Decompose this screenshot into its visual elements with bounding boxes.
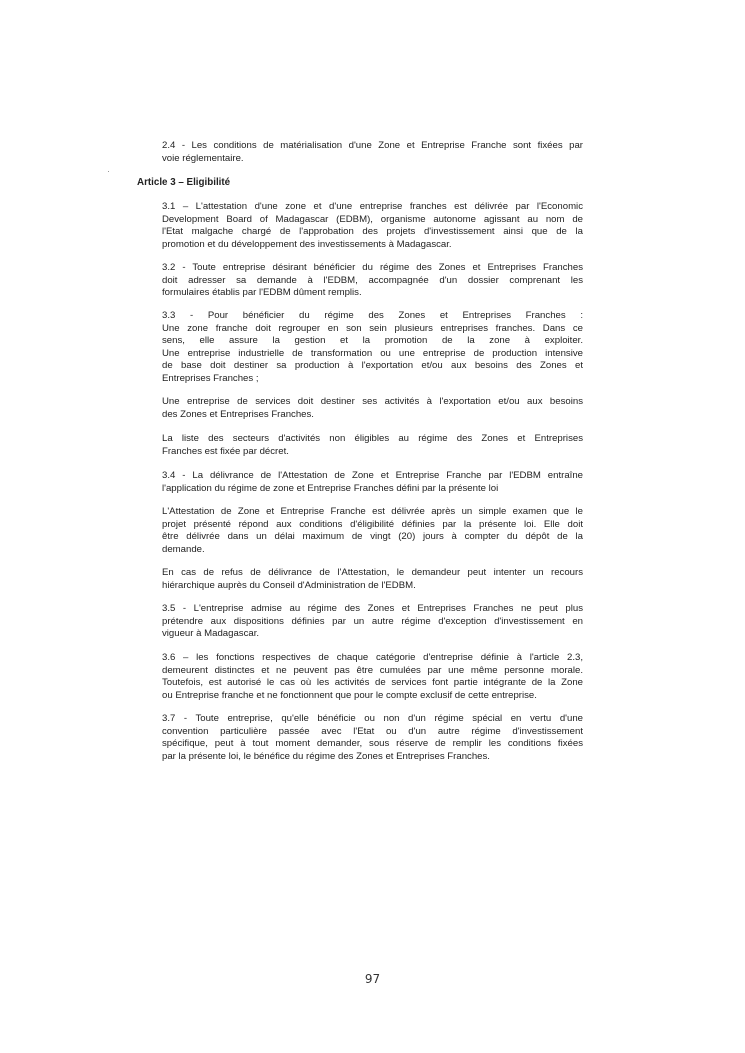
text-line: Development Board of Madagascar (EDBM), … <box>162 214 583 227</box>
text-line: par la présente loi, le bénéfice du régi… <box>162 751 583 764</box>
paragraph-3-6: 3.6 – les fonctions respectives de chaqu… <box>162 652 583 702</box>
paragraph-3-4: 3.4 - La délivrance de l'Attestation de … <box>162 470 583 495</box>
text-line: l'Etat malgache chargé de l'approbation … <box>162 226 583 239</box>
text-line: des Zones et Entreprises Franches. <box>162 409 583 422</box>
text-line: être délivrée dans un délai maximum de v… <box>162 531 583 544</box>
paragraph-3-1: 3.1 – L'attestation d'une zone et d'une … <box>162 201 583 251</box>
text-line: 3.3 - Pour bénéficier du régime des Zone… <box>162 310 583 323</box>
text-line: 3.5 - L'entreprise admise au régime des … <box>162 603 583 616</box>
text-line: La liste des secteurs d'activités non él… <box>162 433 583 446</box>
text-line: demande. <box>162 544 583 557</box>
text-line: 3.2 - Toute entreprise désirant bénéfici… <box>162 262 583 275</box>
text-line: Toutefois, est autorisé le cas où les ac… <box>162 677 583 690</box>
paragraph-3-4-refus: En cas de refus de délivrance de l'Attes… <box>162 567 583 592</box>
page-number: 97 <box>0 972 745 986</box>
text-line: formulaires établis par l'EDBM dûment re… <box>162 287 583 300</box>
scan-speck <box>108 171 109 172</box>
text-line: Une zone franche doit regrouper en son s… <box>162 323 583 336</box>
text-line: hiérarchique auprès du Conseil d'Adminis… <box>162 580 583 593</box>
text-line: prétendre aux dispositions définies par … <box>162 616 583 629</box>
paragraph-3-7: 3.7 - Toute entreprise, qu'elle bénéfici… <box>162 713 583 763</box>
text-line: Une entreprise industrielle de transform… <box>162 348 583 361</box>
paragraph-3-2: 3.2 - Toute entreprise désirant bénéfici… <box>162 262 583 300</box>
paragraph-3-5: 3.5 - L'entreprise admise au régime des … <box>162 603 583 641</box>
text-line: Entreprises Franches ; <box>162 373 583 386</box>
text-line: 3.4 - La délivrance de l'Attestation de … <box>162 470 583 483</box>
text-line: 2.4 - Les conditions de matérialisation … <box>162 140 583 153</box>
text-line: de base doit destiner sa production à l'… <box>162 360 583 373</box>
text-line: Franches est fixée par décret. <box>162 446 583 459</box>
text-line: 3.6 – les fonctions respectives de chaqu… <box>162 652 583 665</box>
text-line: promotion et du développement des invest… <box>162 239 583 252</box>
paragraph-2-4: 2.4 - Les conditions de matérialisation … <box>162 140 583 165</box>
text-line: voie réglementaire. <box>162 153 583 166</box>
paragraph-3-4-attestation: L'Attestation de Zone et Entreprise Fran… <box>162 506 583 556</box>
text-line: spécifique, peut à tout moment demander,… <box>162 738 583 751</box>
text-line: demeurent distinctes et ne peuvent pas ê… <box>162 665 583 678</box>
text-line: L'Attestation de Zone et Entreprise Fran… <box>162 506 583 519</box>
text-line: convention particulière passée avec l'Et… <box>162 726 583 739</box>
text-line: En cas de refus de délivrance de l'Attes… <box>162 567 583 580</box>
paragraph-3-3-list: La liste des secteurs d'activités non él… <box>162 433 583 458</box>
text-line: sens, elle assure la gestion et la promo… <box>162 335 583 348</box>
document-page: 2.4 - Les conditions de matérialisation … <box>0 0 745 1053</box>
paragraph-3-3-services: Une entreprise de services doit destiner… <box>162 396 583 421</box>
text-line: doit adresser sa demande à l'EDBM, accom… <box>162 275 583 288</box>
text-line: 3.1 – L'attestation d'une zone et d'une … <box>162 201 583 214</box>
article-heading: Article 3 – Eligibilité <box>137 177 230 189</box>
text-line: Une entreprise de services doit destiner… <box>162 396 583 409</box>
text-line: projet présenté répond aux conditions d'… <box>162 519 583 532</box>
text-line: ou Entreprise franche et ne fonctionnent… <box>162 690 583 703</box>
paragraph-3-3: 3.3 - Pour bénéficier du régime des Zone… <box>162 310 583 386</box>
text-line: 3.7 - Toute entreprise, qu'elle bénéfici… <box>162 713 583 726</box>
text-line: l'application du régime de zone et Entre… <box>162 483 583 496</box>
text-line: vigueur à Madagascar. <box>162 628 583 641</box>
